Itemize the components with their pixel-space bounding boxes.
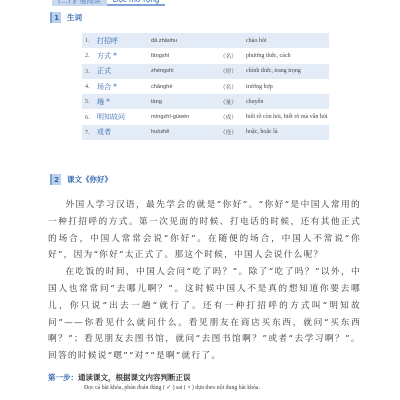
vocab-meaning: biết rõ còn hỏi, biết rõ mà vẫn hỏi: [246, 114, 327, 120]
vocab-hanzi: 或者: [93, 127, 151, 137]
step-1-heading: 第一步：通读课文，根据课文内容判断正误: [48, 372, 191, 383]
section-header-cn: (二) 扩展阅读: [52, 0, 107, 6]
vocab-pos: （形）: [220, 67, 246, 75]
section-1-heading: 1 生词: [50, 12, 82, 23]
section-2-heading: 2 课文《你好》: [50, 174, 112, 185]
vocab-index: 7.: [82, 129, 93, 136]
vocab-index: 3.: [82, 68, 93, 75]
vocab-row: 7. 或者 huòzhě （连） hoặc, hoặc là: [82, 125, 329, 140]
vocab-meaning: phương thức, cách: [246, 53, 291, 59]
vocab-meaning: chuyến: [246, 99, 263, 105]
vocab-index: 2.: [82, 52, 93, 59]
vocab-hanzi: 打招呼: [93, 36, 151, 46]
vocab-row: 5. 趟 * tàng （量） chuyến: [82, 94, 329, 109]
vocab-pinyin: dǎ zhāohu: [151, 38, 220, 44]
vocab-meaning: trường hợp: [246, 84, 273, 90]
vocab-pos: （名）: [220, 52, 246, 60]
vocab-pos: （连）: [220, 128, 246, 136]
vocab-row: 3. 正式 zhèngshì （形） chính thức, trang trọ…: [82, 64, 329, 79]
vocab-row: 4. 场合 * chǎnghé （名） trường hợp: [82, 79, 329, 94]
vocab-hanzi: 趟 *: [93, 97, 151, 107]
vocab-hanzi: 方式 *: [93, 51, 151, 61]
lesson-text: 外国人学习汉语，最先学会的就是“你好”。“你好”是中国人常用的一种打招呼的方式。…: [48, 197, 361, 365]
vocab-hanzi: 正式: [93, 66, 151, 76]
section-number-badge: 2: [50, 174, 61, 185]
step-instruction: 通读课文，根据课文内容判断正误: [78, 373, 191, 382]
vocab-hanzi: 明知故问: [93, 112, 151, 122]
vocab-index: 6.: [82, 114, 93, 121]
vocab-pinyin: huòzhě: [151, 129, 220, 135]
vocab-index: 5.: [82, 98, 93, 105]
vocab-meaning: chính thức, trang trọng: [246, 68, 301, 74]
vocab-row: 2. 方式 * fāngshì （名） phương thức, cách: [82, 48, 329, 63]
vocab-pinyin: chǎnghé: [151, 84, 220, 90]
vocab-pinyin: zhèngshì: [151, 68, 220, 74]
vocab-pinyin: míngzhī-gùwèn: [151, 114, 220, 120]
vocab-index: 1.: [82, 37, 93, 44]
vocab-pinyin: fāngshì: [151, 53, 220, 59]
vocab-index: 4.: [82, 83, 93, 90]
vocab-row: 1. 打招呼 dǎ zhāohu chào hỏi: [82, 33, 329, 48]
lesson-paragraph: 在吃饭的时间，中国人会问“吃了吗？”。除了“吃了吗？”以外，中国人也常常问“去哪…: [48, 264, 361, 365]
vocabulary-table: 1. 打招呼 dǎ zhāohu chào hỏi 2. 方式 * fāngsh…: [82, 33, 329, 140]
vocab-pos: （成）: [220, 113, 246, 121]
section-header-vn: Đọc mở rộng: [107, 0, 166, 6]
step-label: 第一步：: [48, 373, 78, 382]
vocab-pinyin: tàng: [151, 99, 220, 105]
section-header-band: (二) 扩展阅读 Đọc mở rộng: [52, 0, 165, 6]
vocab-hanzi: 场合 *: [93, 82, 151, 92]
vocab-pos: （量）: [220, 98, 246, 106]
section-number-badge: 1: [50, 12, 61, 23]
vocab-pos: （名）: [220, 83, 246, 91]
section-title: 生词: [67, 12, 82, 23]
vocab-meaning: chào hỏi: [246, 38, 267, 44]
section-title: 课文《你好》: [67, 174, 112, 185]
vocab-row: 6. 明知故问 míngzhī-gùwèn （成） biết rõ còn hỏ…: [82, 109, 329, 124]
step-1-translation: Đọc cả bài khóa, phán đoán đúng ( ✓ ) sa…: [84, 385, 260, 391]
lesson-paragraph: 外国人学习汉语，最先学会的就是“你好”。“你好”是中国人常用的一种打招呼的方式。…: [48, 197, 361, 264]
vocab-meaning: hoặc, hoặc là: [246, 129, 277, 135]
